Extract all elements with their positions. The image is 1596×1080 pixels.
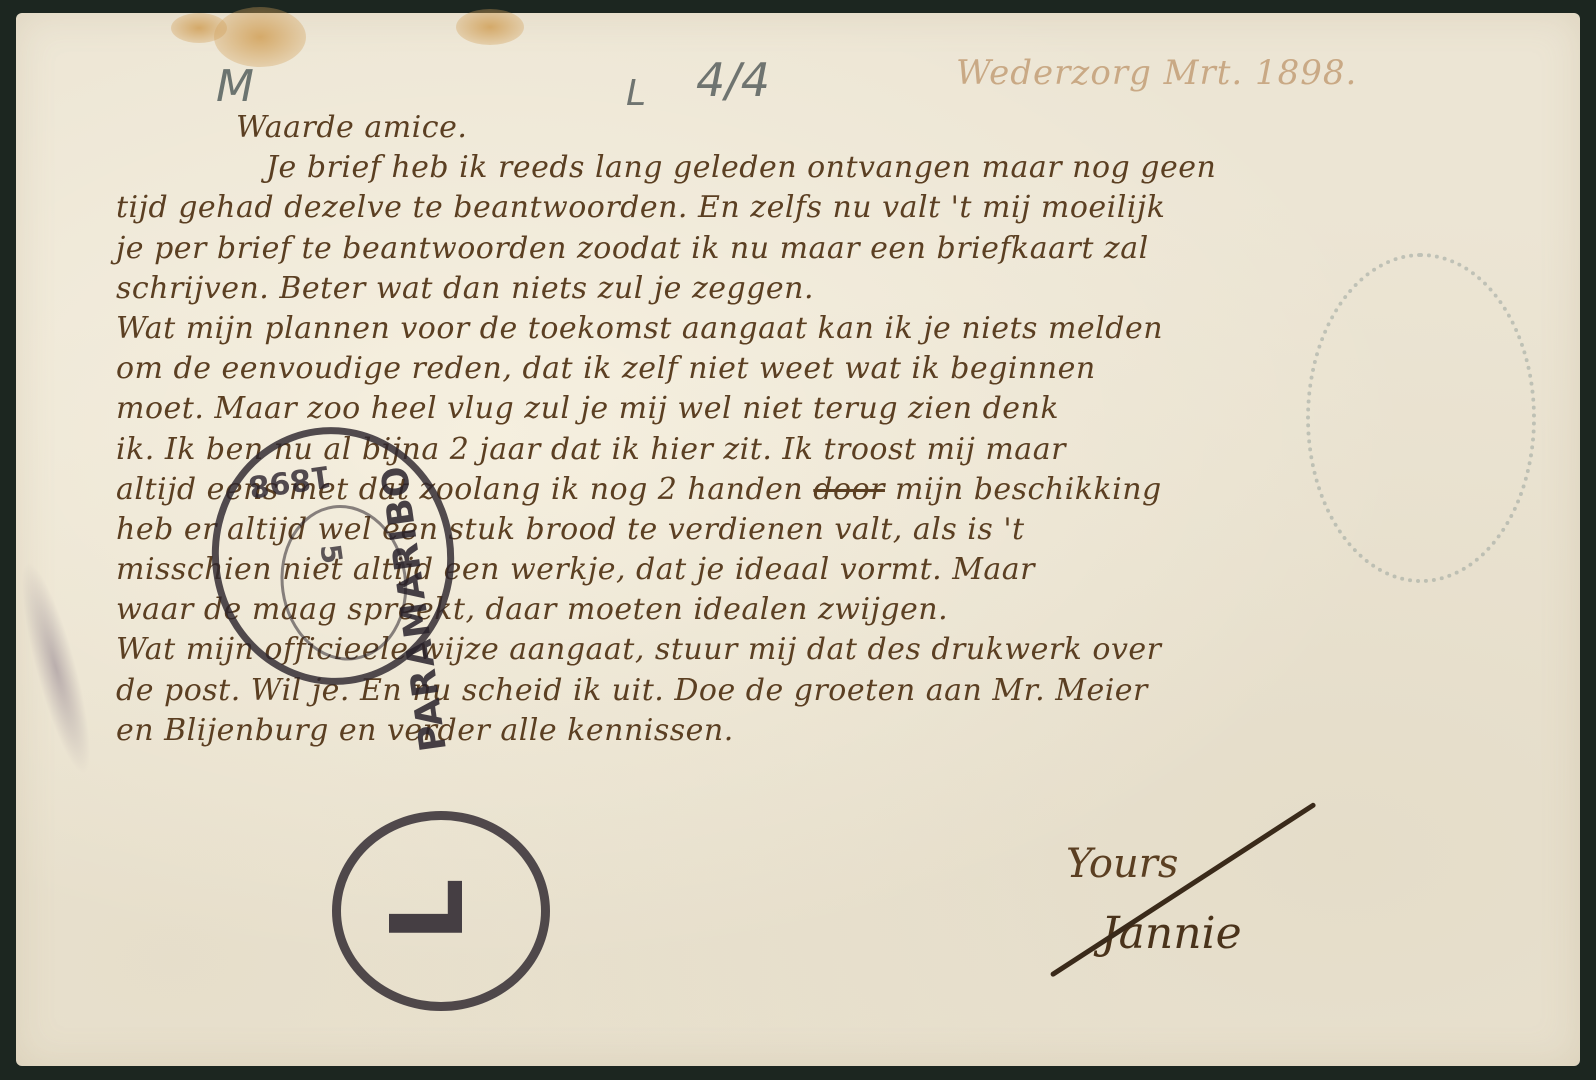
body-line: schrijven. Beter wat dan niets zul je ze… <box>116 269 1546 309</box>
postmark-glyph: L <box>378 878 478 942</box>
body-line: Je brief heb ik reeds lang geleden ontva… <box>116 148 1546 188</box>
struck-word: door <box>813 472 885 507</box>
stain <box>456 9 524 45</box>
postcard: M L 4/4 Wederzorg Mrt. 1898. Waarde amic… <box>16 13 1580 1066</box>
dateline: Wederzorg Mrt. 1898. <box>956 53 1357 93</box>
faint-postmark-ring <box>1306 253 1536 583</box>
pencil-initials: M <box>216 61 248 112</box>
salutation: Waarde amice. <box>116 108 1546 148</box>
body-line: je per brief te beantwoorden zoodat ik n… <box>116 229 1546 269</box>
stain <box>214 7 306 67</box>
body-line: tijd gehad dezelve te beantwoorden. En z… <box>116 188 1546 228</box>
handstamp-postmark: L <box>332 811 550 1011</box>
pencil-page-fraction: 4/4 <box>696 53 770 107</box>
closing: Yours <box>1066 841 1178 887</box>
signature: Jannie <box>1101 908 1242 959</box>
body-line-text: altijd eens met dat zoolang ik nog 2 han… <box>116 472 803 507</box>
body-line: en Blijenburg en verder alle kennissen. <box>116 711 1546 751</box>
postmark-year: 1898 <box>246 458 334 504</box>
body-line-tail: mijn beschikking <box>885 472 1162 507</box>
ink-smudge <box>8 557 104 780</box>
